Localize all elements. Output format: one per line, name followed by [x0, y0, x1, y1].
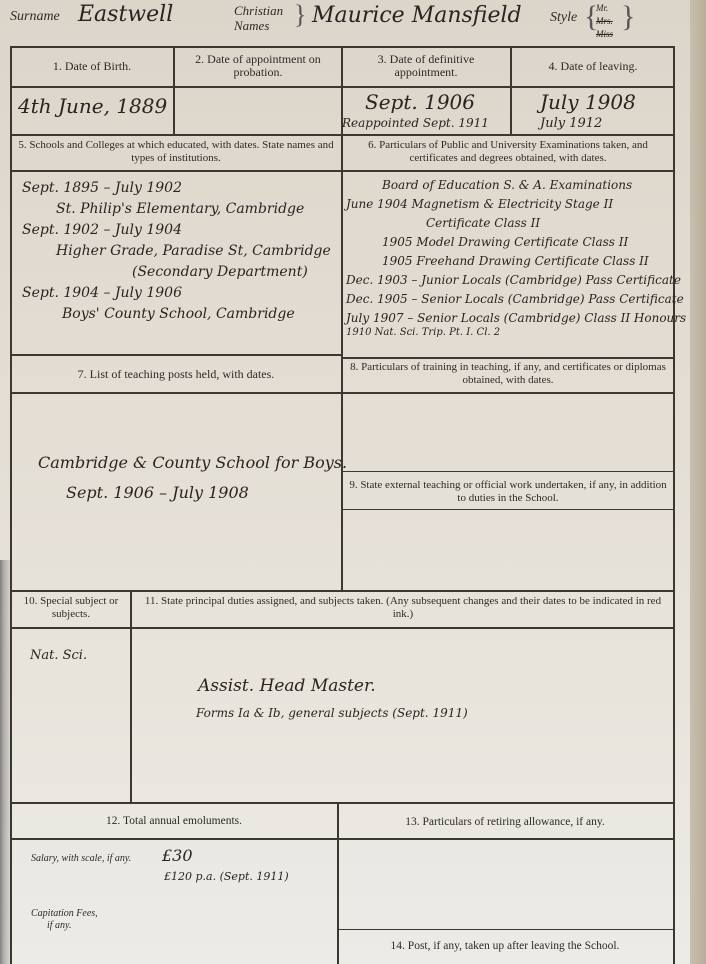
exams-entry: June 1904 Magnetism & Electricity Stage …: [346, 195, 686, 214]
teaching-posts-header: 7. List of teaching posts held, with dat…: [14, 367, 338, 382]
binding-shadow: [0, 560, 10, 964]
salary-value: £30: [162, 846, 193, 865]
schools-entry: Sept. 1895 – July 1902: [22, 178, 331, 199]
teaching-posts-list: Cambridge & County School for Boys. Sept…: [38, 448, 347, 508]
exams-entry: 1905 Freehand Drawing Certificate Class …: [346, 252, 686, 271]
brace-icon: }: [294, 0, 306, 30]
exams-entry: Dec. 1903 – Junior Locals (Cambridge) Pa…: [346, 271, 686, 290]
retiring-allowance-header: 13. Particulars of retiring allowance, i…: [340, 816, 670, 828]
dob-value: 4th June, 1889: [18, 94, 167, 118]
capitation-label-2: if any.: [47, 920, 71, 931]
dob-header: 1. Date of Birth.: [12, 59, 172, 74]
schools-entry: (Secondary Department): [22, 262, 331, 283]
schools-list: Sept. 1895 – July 1902 St. Philip's Elem…: [22, 178, 331, 325]
surname-label: Surname: [10, 9, 60, 25]
style-option-mrs: Mrs.: [596, 15, 613, 28]
exams-header: 6. Particulars of Public and University …: [346, 139, 670, 165]
exams-entry: July 1907 – Senior Locals (Cambridge) Cl…: [346, 309, 686, 328]
exams-entry: 1905 Model Drawing Certificate Class II: [346, 233, 686, 252]
style-label: Style: [550, 10, 577, 26]
teaching-post-entry: Cambridge & County School for Boys.: [38, 448, 347, 478]
exams-entry: 1910 Nat. Sci. Trip. Pt. I. Cl. 2: [346, 328, 686, 338]
training-header: 8. Particulars of training in teaching, …: [346, 361, 670, 387]
exams-entry: Certificate Class II: [346, 214, 686, 233]
schools-header: 5. Schools and Colleges at which educate…: [14, 139, 338, 165]
probation-header: 2. Date of appointment on probation.: [178, 53, 338, 79]
exams-entry: Board of Education S. & A. Examinations: [346, 176, 686, 195]
emoluments-header: 12. Total annual emoluments.: [14, 815, 334, 827]
schools-entry: Boys' County School, Cambridge: [22, 304, 331, 325]
capitation-label: Capitation Fees,: [31, 908, 98, 919]
teaching-post-entry: Sept. 1906 – July 1908: [38, 478, 347, 508]
definitive-header: 3. Date of definitive appointment.: [346, 53, 506, 79]
page-edge: [690, 0, 706, 964]
schools-entry: Sept. 1904 – July 1906: [22, 283, 331, 304]
salary-note: £120 p.a. (Sept. 1911): [164, 870, 289, 883]
surname-value: Eastwell: [78, 2, 173, 27]
leaving-value: July 1908: [540, 90, 636, 114]
leaving-note: July 1912: [540, 116, 602, 131]
leaving-header: 4. Date of leaving.: [513, 59, 673, 74]
special-subject-header: 10. Special subject or subjects.: [13, 595, 129, 621]
post-after-leaving-header: 14. Post, if any, taken up after leaving…: [340, 940, 670, 952]
special-subject-value: Nat. Sci.: [30, 648, 87, 663]
definitive-value: Sept. 1906: [365, 90, 475, 114]
external-work-header: 9. State external teaching or official w…: [346, 479, 670, 505]
christian-names-label-1: Christian: [234, 3, 283, 19]
duties-entry: Forms Ia & Ib, general subjects (Sept. 1…: [196, 706, 468, 720]
brace-close-icon: }: [621, 0, 635, 34]
christian-names-label-2: Names: [234, 18, 269, 34]
exams-entry: Dec. 1905 – Senior Locals (Cambridge) Pa…: [346, 290, 686, 309]
christian-names-value: Maurice Mansfield: [312, 3, 522, 28]
definitive-note: Reappointed Sept. 1911: [342, 116, 489, 130]
schools-entry: St. Philip's Elementary, Cambridge: [22, 199, 331, 220]
style-options: Mr. Mrs. Miss: [596, 2, 613, 41]
schools-entry: Higher Grade, Paradise St, Cambridge: [22, 241, 331, 262]
style-option-miss: Miss: [596, 28, 613, 41]
exams-list: Board of Education S. & A. Examinations …: [346, 176, 686, 338]
duties-header: 11. State principal duties assigned, and…: [136, 595, 670, 621]
schools-entry: Sept. 1902 – July 1904: [22, 220, 331, 241]
style-option-mr: Mr.: [596, 2, 613, 15]
salary-label: Salary, with scale, if any.: [31, 853, 131, 864]
duties-entry: Assist. Head Master.: [198, 676, 376, 696]
